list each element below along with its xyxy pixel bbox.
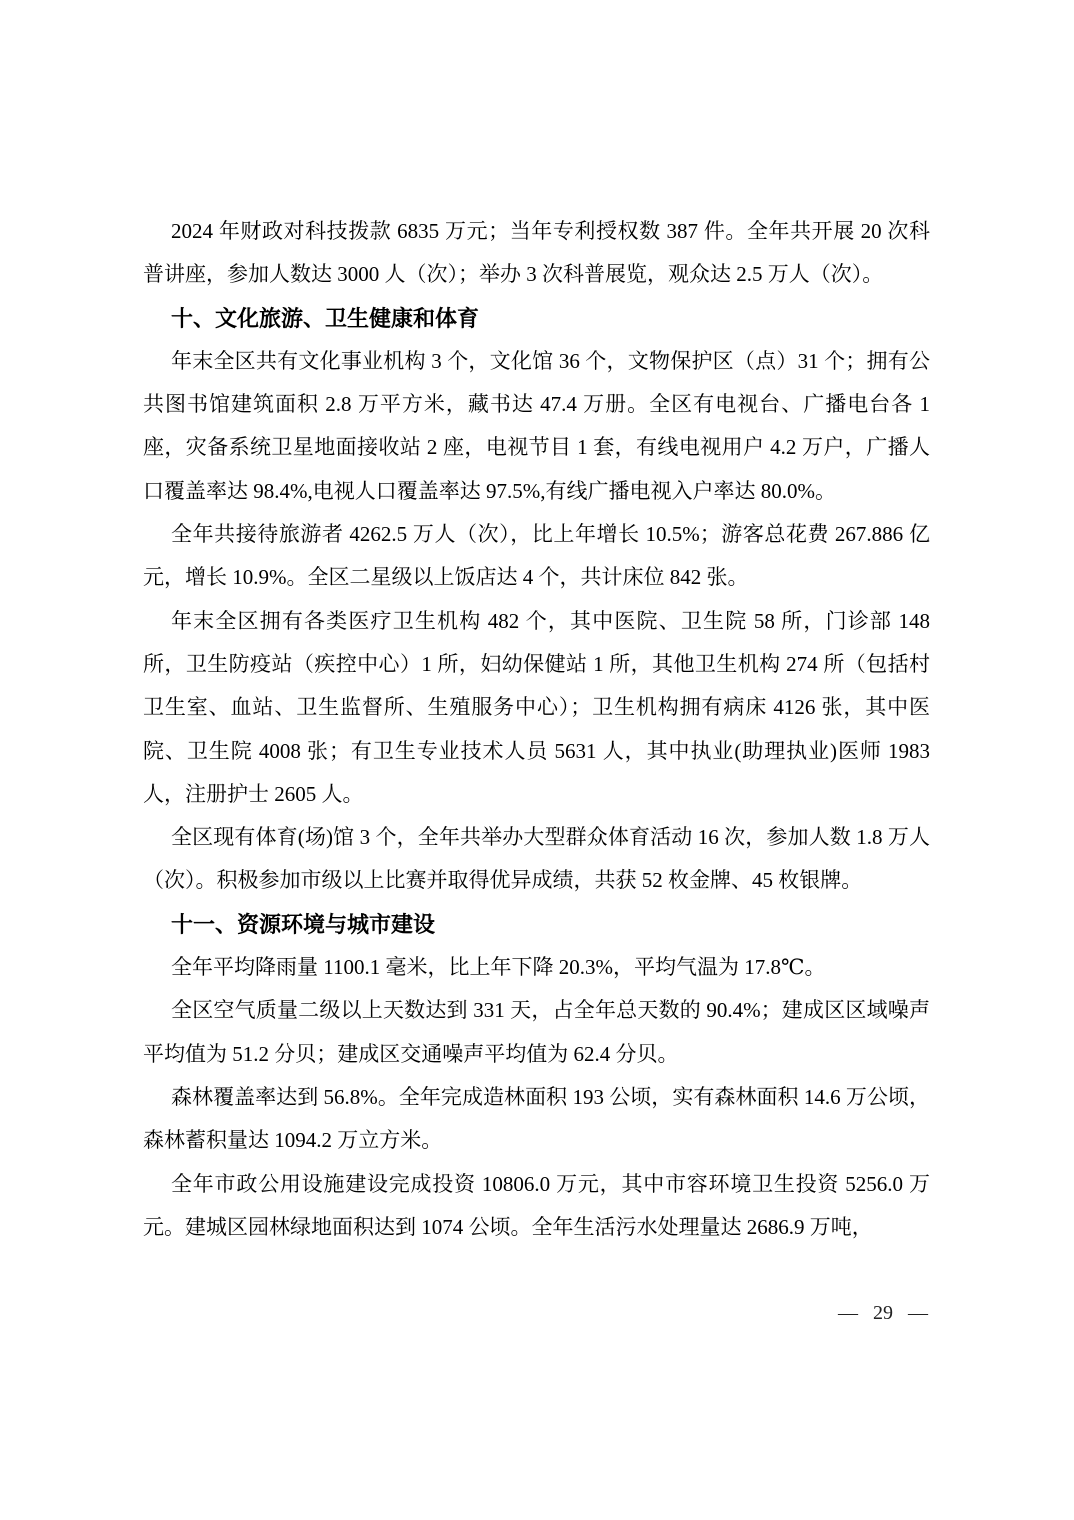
- document-body: 2024 年财政对科技拨款 6835 万元；当年专利授权数 387 件。全年共开…: [143, 210, 930, 1249]
- paragraph-forest-coverage: 森林覆盖率达到 56.8%。全年完成造林面积 193 公顷，实有森林面积 14.…: [143, 1076, 930, 1163]
- section-heading-environment-city-construction: 十一、资源环境与城市建设: [143, 903, 930, 946]
- paragraph-rainfall-temperature: 全年平均降雨量 1100.1 毫米，比上年下降 20.3%，平均气温为 17.8…: [143, 946, 930, 989]
- section-heading-culture-tourism-health-sports: 十、文化旅游、卫生健康和体育: [143, 297, 930, 340]
- page-number: — 29 —: [838, 1302, 928, 1325]
- paragraph-air-quality-noise: 全区空气质量二级以上天数达到 331 天，占全年总天数的 90.4%；建成区区域…: [143, 989, 930, 1076]
- document-page: 2024 年财政对科技拨款 6835 万元；当年专利授权数 387 件。全年共开…: [0, 0, 1074, 1520]
- paragraph-culture-broadcast: 年末全区共有文化事业机构 3 个，文化馆 36 个，文物保护区（点）31 个；拥…: [143, 340, 930, 513]
- paragraph-tourism: 全年共接待旅游者 4262.5 万人（次），比上年增长 10.5%；游客总花费 …: [143, 513, 930, 600]
- paragraph-municipal-investment: 全年市政公用设施建设完成投资 10806.0 万元，其中市容环境卫生投资 525…: [143, 1163, 930, 1250]
- paragraph-health-institutions: 年末全区拥有各类医疗卫生机构 482 个，其中医院、卫生院 58 所，门诊部 1…: [143, 600, 930, 816]
- paragraph-sports: 全区现有体育(场)馆 3 个，全年共举办大型群众体育活动 16 次，参加人数 1…: [143, 816, 930, 903]
- paragraph-science-outreach: 2024 年财政对科技拨款 6835 万元；当年专利授权数 387 件。全年共开…: [143, 210, 930, 297]
